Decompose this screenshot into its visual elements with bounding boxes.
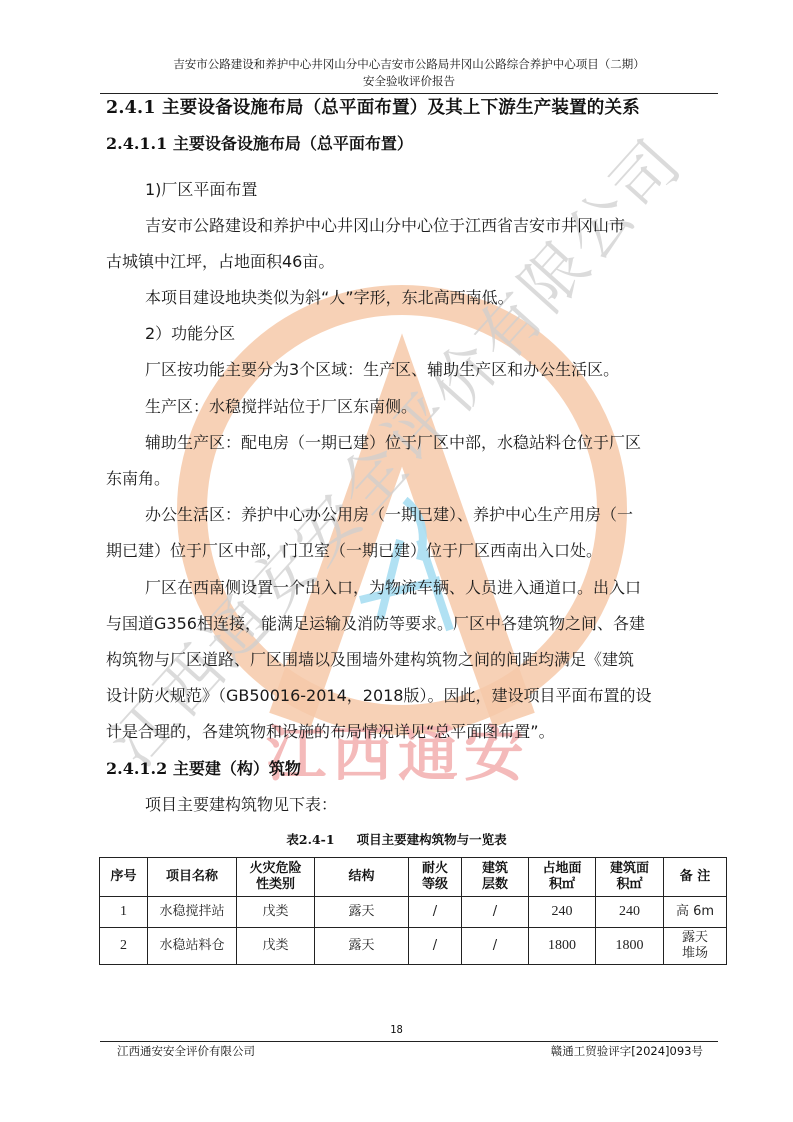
cell-building-area: 240	[596, 897, 664, 928]
header-report-title: 安全验收评价报告	[100, 73, 718, 90]
table-caption-number: 表2.4-1	[286, 832, 334, 847]
cell-fire-rating: /	[409, 928, 462, 965]
cell-floors: /	[462, 897, 529, 928]
paragraph-entrance-line2: 与国道G356相连接，能满足运输及消防等要求。厂区中各建筑物之间、各建	[106, 613, 718, 635]
section-heading-2-4-1-2: 2.4.1.2 主要建（构）筑物	[106, 758, 301, 780]
cell-land-area: 1800	[529, 928, 596, 965]
paragraph-entrance-line1: 厂区在西南侧设置一个出入口，为物流车辆、人员进入通道口。出入口	[145, 577, 757, 599]
table-row: 2 水稳站料仓 戊类 露天 / / 1800 1800 露天堆场	[100, 928, 727, 965]
paragraph-auxiliary-zone-line1: 辅助生产区：配电房（一期已建）位于厂区中部，水稳站料仓位于厂区	[145, 432, 757, 454]
paragraph-terrain: 本项目建设地块类似为斜“人”字形，东北高西南低。	[145, 287, 757, 309]
table-caption: 表2.4-1项目主要建构筑物与一览表	[0, 830, 793, 848]
paragraph-zones: 厂区按功能主要分为3个区域：生产区、辅助生产区和办公生活区。	[145, 359, 757, 381]
buildings-table: 序号 项目名称 火灾危险性类别 结构 耐火等级 建筑层数 占地面积㎡ 建筑面积㎡…	[99, 857, 727, 965]
paragraph-office-zone-line2: 期已建）位于厂区中部，门卫室（一期已建）位于厂区西南出入口处。	[106, 540, 718, 562]
subheading-functional-zones: 2）功能分区	[145, 323, 757, 345]
section-heading-2-4-1-1: 2.4.1.1 主要设备设施布局（总平面布置）	[106, 133, 413, 155]
cell-land-area: 240	[529, 897, 596, 928]
page-header: 吉安市公路建设和养护中心井冈山分中心吉安市公路局井冈山公路综合养护中心项目（二期…	[100, 56, 718, 90]
paragraph-location-line1: 吉安市公路建设和养护中心井冈山分中心位于江西省吉安市井冈山市	[145, 215, 757, 237]
table-header-row: 序号 项目名称 火灾危险性类别 结构 耐火等级 建筑层数 占地面积㎡ 建筑面积㎡…	[100, 858, 727, 897]
table-caption-title: 项目主要建构筑物与一览表	[357, 832, 507, 847]
cell-no: 1	[100, 897, 148, 928]
header-project-title: 吉安市公路建设和养护中心井冈山分中心吉安市公路局井冈山公路综合养护中心项目（二期…	[100, 56, 718, 73]
header-cell-remark: 备 注	[664, 858, 727, 897]
cell-building-area: 1800	[596, 928, 664, 965]
cell-structure: 露天	[315, 897, 409, 928]
header-cell-building-area: 建筑面积㎡	[596, 858, 664, 897]
subheading-factory-layout: 1)厂区平面布置	[145, 179, 757, 201]
header-cell-structure: 结构	[315, 858, 409, 897]
cell-fire-class: 戊类	[237, 897, 315, 928]
cell-fire-class: 戊类	[237, 928, 315, 965]
section-heading-2-4-1: 2.4.1 主要设备设施布局（总平面布置）及其上下游生产装置的关系	[106, 96, 640, 120]
header-cell-no: 序号	[100, 858, 148, 897]
paragraph-table-intro: 项目主要建构筑物见下表：	[145, 794, 757, 816]
paragraph-entrance-line5: 计是合理的，各建筑物和设施的布局情况详见“总平面图布置”。	[106, 721, 718, 743]
cell-structure: 露天	[315, 928, 409, 965]
footer-document-number: 赣通工贸验评字[2024]093号	[551, 1043, 703, 1059]
header-cell-fire-rating: 耐火等级	[409, 858, 462, 897]
cell-name: 水稳站料仓	[148, 928, 237, 965]
paragraph-entrance-line4: 设计防火规范》（GB50016-2014，2018版）。因此，建设项目平面布置的…	[106, 685, 718, 707]
page-number: 18	[0, 1024, 793, 1036]
footer-company: 江西通安安全评价有限公司	[117, 1043, 255, 1059]
paragraph-production-zone: 生产区：水稳搅拌站位于厂区东南侧。	[145, 396, 757, 418]
table-row: 1 水稳搅拌站 戊类 露天 / / 240 240 高 6m	[100, 897, 727, 928]
cell-no: 2	[100, 928, 148, 965]
cell-floors: /	[462, 928, 529, 965]
cell-remark: 高 6m	[664, 897, 727, 928]
paragraph-location-line2: 古城镇中江坪，占地面积46亩。	[106, 251, 718, 273]
cell-remark: 露天堆场	[664, 928, 727, 965]
paragraph-office-zone-line1: 办公生活区：养护中心办公用房（一期已建）、养护中心生产用房（一	[145, 504, 757, 526]
cell-name: 水稳搅拌站	[148, 897, 237, 928]
paragraph-auxiliary-zone-line2: 东南角。	[106, 468, 718, 490]
header-cell-land-area: 占地面积㎡	[529, 858, 596, 897]
header-cell-floors: 建筑层数	[462, 858, 529, 897]
footer-rule	[100, 1041, 718, 1042]
header-cell-name: 项目名称	[148, 858, 237, 897]
header-rule	[100, 93, 718, 94]
paragraph-entrance-line3: 构筑物与厂区道路、厂区围墙以及围墙外建构筑物之间的间距均满足《建筑	[106, 649, 718, 671]
header-cell-fire-class: 火灾危险性类别	[237, 858, 315, 897]
cell-fire-rating: /	[409, 897, 462, 928]
